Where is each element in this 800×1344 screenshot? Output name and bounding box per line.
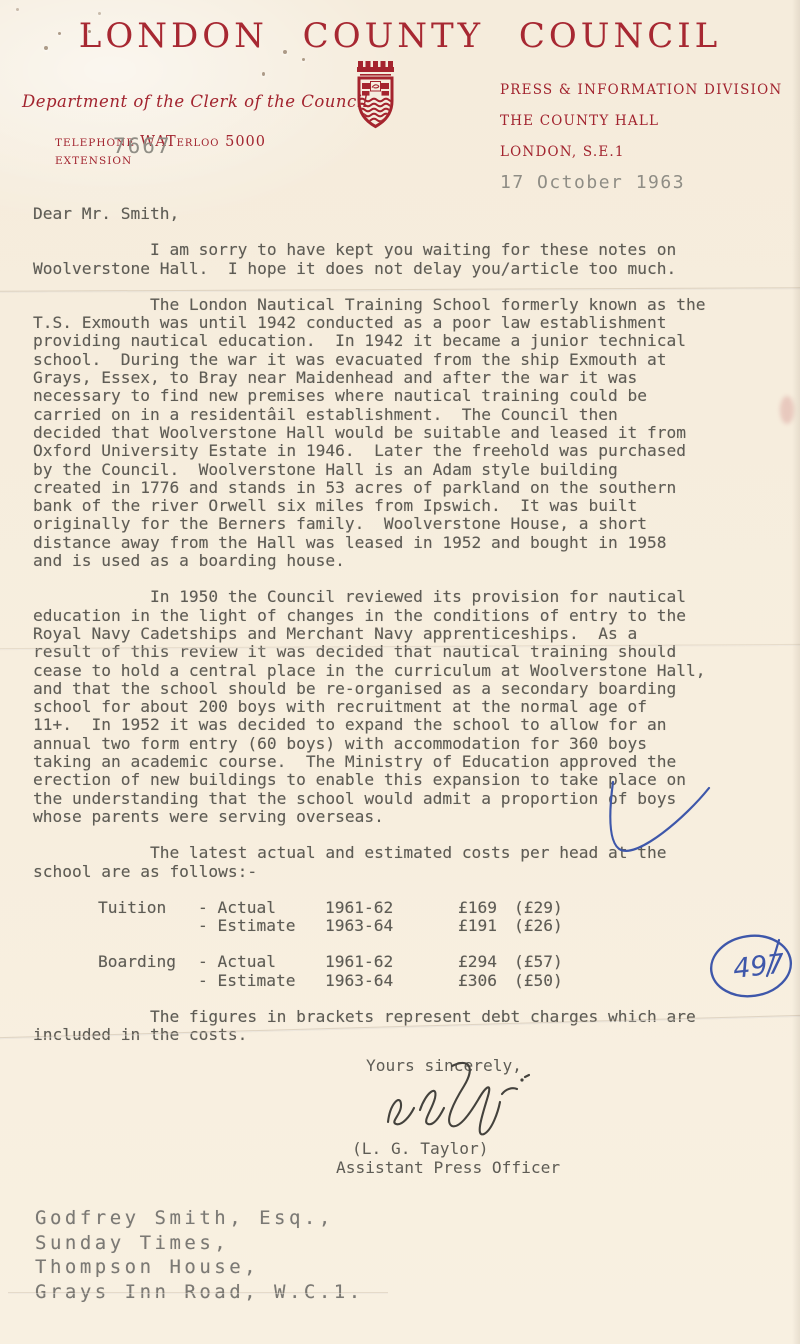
cost-category (98, 917, 198, 935)
extension-number: 7667 (113, 134, 172, 158)
letter-date: 17 October 1963 (500, 172, 685, 193)
paper-speck (44, 46, 48, 50)
cost-entry-type: - Estimate (198, 972, 325, 990)
cost-years: 1961-62 (325, 899, 458, 917)
recipient-building: Thompson House, (35, 1255, 364, 1280)
cost-table: Tuition - Actual 1961-62 £169 (£29) - Es… (98, 899, 747, 990)
letterhead-title: LONDON COUNTY COUNCIL (0, 16, 800, 56)
cost-entry-type: - Actual (198, 899, 325, 917)
paragraph-history: The London Nautical Training School form… (33, 296, 747, 570)
cost-table-row: - Estimate 1963-64 £306 (£50) (98, 972, 747, 990)
paper-speck (262, 72, 265, 76)
cost-category: Boarding (98, 953, 198, 971)
cost-debt-charge: (£29) (514, 899, 563, 917)
paragraph-intro: I am sorry to have kept you waiting for … (33, 241, 747, 278)
cost-amount: £294 (458, 953, 514, 971)
salutation: Dear Mr. Smith, (33, 205, 747, 223)
paper-speck (58, 32, 61, 35)
division-address-block: PRESS & INFORMATION DIVISION THE COUNTY … (500, 82, 782, 175)
cost-table-row: Tuition - Actual 1961-62 £169 (£29) (98, 899, 747, 917)
paper-speck (302, 58, 305, 61)
cost-amount: £191 (458, 917, 514, 935)
cost-entry-type: - Estimate (198, 917, 325, 935)
cost-table-row: Boarding - Actual 1961-62 £294 (£57) (98, 953, 747, 971)
cost-amount: £169 (458, 899, 514, 917)
cost-table-row: - Estimate 1963-64 £191 (£26) (98, 917, 747, 935)
signatory-title: Assistant Press Officer (336, 1158, 560, 1177)
recipient-name: Godfrey Smith, Esq., (35, 1206, 364, 1231)
signature (380, 1058, 530, 1146)
page-edge-shadow (792, 0, 800, 1344)
cost-years: 1963-64 (325, 972, 458, 990)
cost-category: Tuition (98, 899, 198, 917)
paper-speck (88, 30, 91, 33)
department-line: Department of the Clerk of the Council (22, 92, 368, 111)
cost-years: 1961-62 (325, 953, 458, 971)
paper-crease (8, 1292, 388, 1294)
letter-body: Dear Mr. Smith, I am sorry to have kept … (33, 205, 747, 1063)
recipient-address: Godfrey Smith, Esq., Sunday Times, Thomp… (35, 1206, 364, 1304)
cost-debt-charge: (£57) (514, 953, 563, 971)
cost-years: 1963-64 (325, 917, 458, 935)
cost-entry-type: - Actual (198, 953, 325, 971)
cost-amount: £306 (458, 972, 514, 990)
cost-debt-charge: (£50) (514, 972, 563, 990)
city-line: LONDON, S.E.1 (500, 144, 782, 160)
circled-number-annotation: 497 (705, 926, 800, 1008)
recipient-org: Sunday Times, (35, 1231, 364, 1256)
county-hall-line: THE COUNTY HALL (500, 113, 782, 129)
paper-speck (283, 50, 287, 54)
paper-speck (98, 12, 101, 15)
division-line: PRESS & INFORMATION DIVISION (500, 82, 782, 98)
cost-debt-charge: (£26) (514, 917, 563, 935)
letter-page: LONDON COUNTY COUNCIL (0, 0, 800, 1344)
cost-category (98, 972, 198, 990)
paper-speck (16, 8, 19, 11)
handwritten-tick-icon (595, 778, 720, 866)
circled-number-text: 497 (732, 949, 787, 985)
typed-signatory-name: (L. G. Taylor) (352, 1139, 488, 1158)
